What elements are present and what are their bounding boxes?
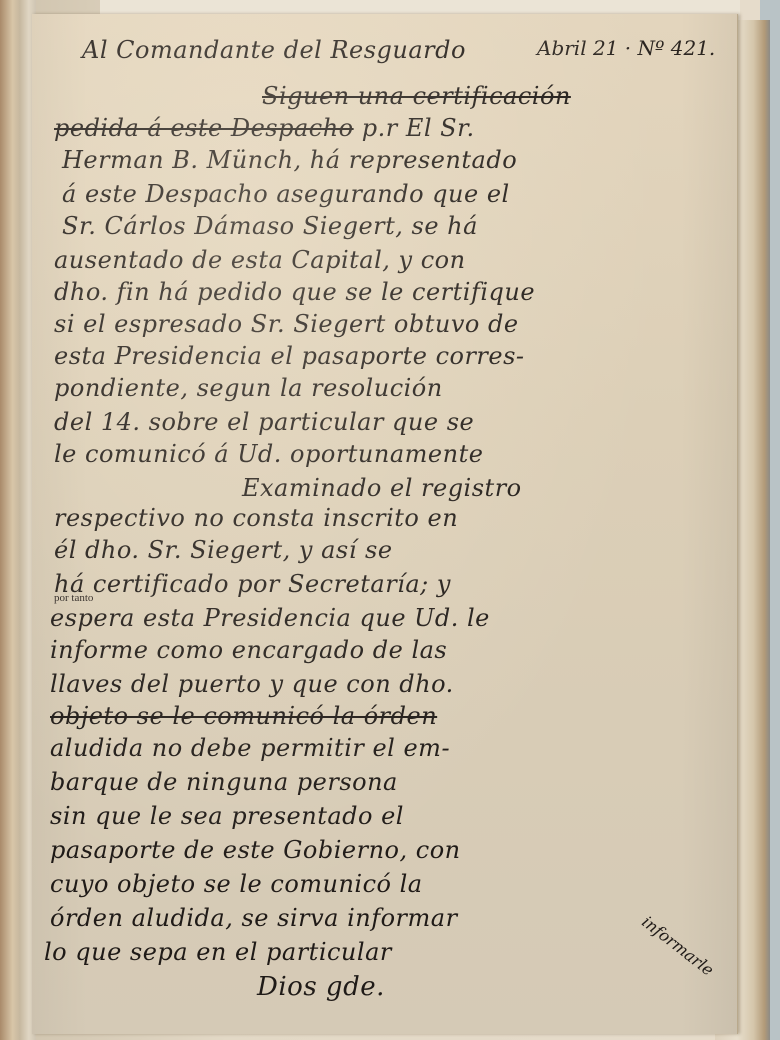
text-line: há certificado por Secretaría; y [54, 570, 737, 598]
text-line: llaves del puerto y que con dho. [50, 670, 737, 698]
text-line: pasaporte de este Gobierno, con [50, 836, 737, 864]
text-line: del 14. sobre el particular que se [54, 408, 737, 436]
text-line: respectivo no consta inscrito en [54, 504, 737, 532]
text-line: informe como encargado de las [50, 636, 737, 664]
text-line: pondiente, segun la resolución [54, 374, 737, 402]
interlinear-note: por tanto [54, 592, 93, 604]
document-date: Abril 21 · Nº 421. [537, 36, 715, 60]
line-suffix: p.r El Sr. [354, 114, 475, 142]
closing-signature: Dios gde. [257, 972, 737, 1002]
manuscript-page: Al Comandante del Resguardo Abril 21 · N… [32, 14, 738, 1034]
text-line: aludida no debe permitir el em- [50, 734, 737, 762]
text-line: ausentado de esta Capital, y con [54, 246, 737, 274]
text-line: le comunicó á Ud. oportunamente [54, 440, 737, 468]
struck-line: Siguen una certificación [262, 82, 737, 110]
text-line: lo que sepa en el particular [44, 938, 737, 966]
text-line: si el espresado Sr. Siegert obtuvo de [54, 310, 737, 338]
text-line: Sr. Cárlos Dámaso Siegert, se há [62, 212, 737, 240]
text-line: á este Despacho asegurando que el [62, 180, 737, 208]
text-line: barque de ninguna persona [50, 768, 737, 796]
struck-text: pedida á este Despacho [54, 114, 354, 142]
text-line: dho. fin há pedido que se le certifique [54, 278, 737, 306]
text-line: pedida á este Despacho p.r El Sr. [54, 114, 737, 142]
text-line: Herman B. Münch, há representado [62, 146, 737, 174]
text-line: esta Presidencia el pasaporte corres- [54, 342, 737, 370]
text-line: cuyo objeto se le comunicó la [50, 870, 737, 898]
text-line: él dho. Sr. Siegert, y así se [54, 536, 737, 564]
text-line: sin que le sea presentado el [50, 802, 737, 830]
struck-line: objeto se le comunicó la órden [50, 702, 737, 730]
text-line: espera esta Presidencia que Ud. le [50, 604, 737, 632]
paper-stack-left-edge [0, 0, 36, 1040]
text-line: órden aludida, se sirva informar [50, 904, 737, 932]
text-line: Examinado el registro [242, 474, 737, 502]
